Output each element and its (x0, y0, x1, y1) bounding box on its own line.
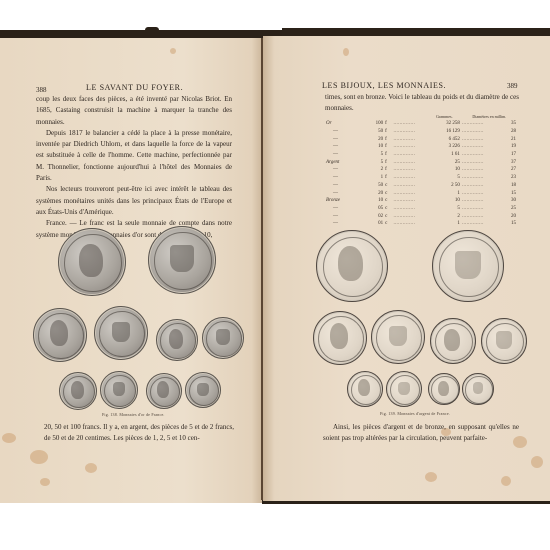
coin-obverse (59, 372, 97, 410)
unit-cell: c (384, 197, 392, 205)
leader-dots: .............. (392, 220, 436, 228)
leader-dots: .............. (392, 158, 436, 166)
left-page: 388 LE SAVANT DU FOYER. coup les deux fa… (0, 38, 262, 503)
table-row: —1f..............5..............23 (325, 174, 517, 182)
metal-cell: — (325, 128, 365, 136)
value-cell: 1 (365, 174, 384, 182)
leader-dots: .............. (392, 174, 436, 182)
metal-cell: — (325, 143, 365, 151)
diameter-cell: 20 (502, 212, 517, 220)
diameter-cell: 15 (502, 220, 517, 228)
coin-obverse-napoleon (316, 230, 388, 302)
unit-cell: f (384, 128, 392, 136)
page-number: 389 (507, 82, 518, 90)
grams-cell: 2 (436, 212, 461, 220)
leader-dots: .............. (392, 182, 436, 190)
diameter-cell: 35 (502, 120, 517, 128)
foxing-stain (40, 478, 50, 486)
coin-reverse (462, 373, 494, 405)
table-row: —50c..............2 50..............18 (325, 182, 517, 190)
value-cell: 2 (365, 166, 384, 174)
running-head: LE SAVANT DU FOYER. (86, 83, 183, 92)
paragraph: Nos lecteurs trouveront peut-être ici av… (36, 184, 232, 218)
table-row: —10f..............3 226..............19 (325, 143, 517, 151)
unit-cell: c (384, 205, 392, 213)
leader-dots: .............. (461, 151, 503, 159)
grams-cell: 6 452 (436, 135, 461, 143)
value-cell: 10 (365, 143, 384, 151)
table-row: —05c..............5..............25 (325, 205, 517, 213)
coin-obverse (428, 373, 460, 405)
metal-cell: — (325, 151, 365, 159)
figure-caption: Fig. 139. Monnaies d'argent de France. (380, 411, 450, 416)
coin-reverse (94, 306, 148, 360)
paragraph: Depuis 1817 le balancier a cédé la place… (36, 128, 232, 184)
coin-reverse (371, 310, 425, 364)
grams-cell: 3 226 (436, 143, 461, 151)
grams-cell: 5 (436, 174, 461, 182)
value-cell: 5 (365, 151, 384, 159)
coin-reverse (148, 226, 216, 294)
page-number: 388 (36, 86, 47, 94)
leader-dots: .............. (461, 189, 503, 197)
leader-dots: .............. (392, 205, 436, 213)
unit-cell: f (384, 135, 392, 143)
coin-obverse (156, 319, 198, 361)
metal-cell: — (325, 135, 365, 143)
grams-cell: 25 (436, 158, 461, 166)
unit-cell: f (384, 174, 392, 182)
value-cell: 01 (365, 220, 384, 228)
continuation-text: Ainsi, les pièces d'argent et de bronze,… (323, 422, 519, 445)
unit-cell: c (384, 220, 392, 228)
coin-reverse (185, 372, 221, 408)
leader-dots: .............. (461, 212, 503, 220)
diameter-cell: 18 (502, 182, 517, 190)
foxing-stain (531, 456, 543, 468)
table-row: —20c..............1..............15 (325, 189, 517, 197)
coin-obverse (146, 373, 182, 409)
value-cell: 10 (365, 197, 384, 205)
value-cell: 50 (365, 128, 384, 136)
leader-dots: .............. (461, 158, 503, 166)
paragraph: coup les deux faces des pièces, a été in… (36, 94, 232, 128)
diameter-cell: 30 (502, 197, 517, 205)
coin-obverse (313, 311, 367, 365)
table-row: Argent5f..............25..............37 (325, 158, 517, 166)
diameter-cell: 15 (502, 189, 517, 197)
table-row: —5f..............1 61..............17 (325, 151, 517, 159)
table-row: —02c..............2..............20 (325, 212, 517, 220)
coin-reverse (202, 317, 244, 359)
leader-dots: .............. (392, 212, 436, 220)
metal-cell: Bronze (325, 197, 365, 205)
unit-cell: f (384, 151, 392, 159)
grams-cell: 1 61 (436, 151, 461, 159)
grams-cell: 1 (436, 189, 461, 197)
grams-cell: 10 (436, 166, 461, 174)
value-cell: 05 (365, 205, 384, 213)
diameter-cell: 21 (502, 135, 517, 143)
value-cell: 02 (365, 212, 384, 220)
diameter-cell: 19 (502, 143, 517, 151)
leader-dots: .............. (461, 128, 503, 136)
continuation-text: 20, 50 et 100 francs. Il y a, en argent,… (44, 422, 234, 445)
right-page: LES BIJOUX, LES MONNAIES. 389 times, son… (263, 36, 550, 501)
unit-cell: c (384, 189, 392, 197)
diameter-cell: 37 (502, 158, 517, 166)
leader-dots: .............. (461, 205, 503, 213)
foxing-stain (85, 463, 97, 473)
diameter-cell: 25 (502, 205, 517, 213)
paragraph: times, sont en bronze. Voici le tableau … (325, 92, 519, 115)
value-cell: 20 (365, 189, 384, 197)
table-row: —01c..............1..............15 (325, 220, 517, 228)
metal-cell: — (325, 205, 365, 213)
unit-cell: c (384, 182, 392, 190)
table-row: —2f..............10..............27 (325, 166, 517, 174)
diameter-cell: 27 (502, 166, 517, 174)
leader-dots: .............. (392, 189, 436, 197)
leader-dots: .............. (461, 143, 503, 151)
metal-cell: — (325, 166, 365, 174)
grams-cell: 5 (436, 205, 461, 213)
foxing-stain (343, 48, 349, 56)
value-cell: 5 (365, 158, 384, 166)
foxing-stain (30, 450, 48, 464)
foxing-stain (425, 472, 437, 482)
leader-dots: .............. (461, 220, 503, 228)
unit-cell: f (384, 158, 392, 166)
coin-reverse (386, 371, 422, 407)
leader-dots: .............. (461, 182, 503, 190)
table-row: Or100f..............32 258..............… (325, 120, 517, 128)
running-head: LES BIJOUX, LES MONNAIES. (322, 81, 446, 90)
foxing-stain (501, 476, 511, 486)
unit-cell: f (384, 120, 392, 128)
diameter-cell: 28 (502, 128, 517, 136)
paragraph: 20, 50 et 100 francs. Il y a, en argent,… (44, 422, 234, 445)
coin-obverse (33, 308, 87, 362)
unit-cell: f (384, 143, 392, 151)
leader-dots: .............. (461, 166, 503, 174)
table-row: Bronze10c..............10..............3… (325, 197, 517, 205)
leader-dots: .............. (392, 166, 436, 174)
metal-cell: — (325, 220, 365, 228)
grams-cell: 1 (436, 220, 461, 228)
leader-dots: .............. (392, 197, 436, 205)
grams-cell: 2 50 (436, 182, 461, 190)
metal-cell: — (325, 182, 365, 190)
value-cell: 100 (365, 120, 384, 128)
value-cell: 50 (365, 182, 384, 190)
grams-cell: 16 129 (436, 128, 461, 136)
grams-cell: 10 (436, 197, 461, 205)
value-cell: 20 (365, 135, 384, 143)
leader-dots: .............. (392, 128, 436, 136)
paragraph: Ainsi, les pièces d'argent et de bronze,… (323, 422, 519, 445)
intro-text: times, sont en bronze. Voici le tableau … (325, 92, 519, 115)
metal-cell: Or (325, 120, 365, 128)
leader-dots: .............. (461, 135, 503, 143)
metal-cell: — (325, 174, 365, 182)
metal-cell: — (325, 189, 365, 197)
diameter-cell: 23 (502, 174, 517, 182)
coin-obverse (58, 228, 126, 296)
metal-cell: Argent (325, 158, 365, 166)
leader-dots: .............. (461, 197, 503, 205)
leader-dots: .............. (392, 120, 436, 128)
metal-cell: — (325, 212, 365, 220)
coin-obverse (347, 371, 383, 407)
leader-dots: .............. (461, 174, 503, 182)
coin-reverse (481, 318, 527, 364)
table-row: —50f..............16 129..............28 (325, 128, 517, 136)
leader-dots: .............. (392, 151, 436, 159)
unit-cell: f (384, 166, 392, 174)
coin-obverse (430, 318, 476, 364)
coin-weights-table-body: Or100f..............32 258..............… (325, 120, 517, 228)
foxing-stain (170, 48, 176, 54)
book-cover-top-edge (145, 27, 159, 33)
foxing-stain (2, 433, 16, 443)
leader-dots: .............. (461, 120, 503, 128)
grams-cell: 32 258 (436, 120, 461, 128)
figure-caption: Fig. 138. Monnaies d'or de France. (102, 412, 165, 417)
diameter-cell: 17 (502, 151, 517, 159)
leader-dots: .............. (392, 143, 436, 151)
body-text: coup les deux faces des pièces, a été in… (36, 94, 232, 241)
coin-reverse (100, 371, 138, 409)
coin-reverse-empire (432, 230, 504, 302)
table-row: —20f..............6 452..............21 (325, 135, 517, 143)
leader-dots: .............. (392, 135, 436, 143)
unit-cell: c (384, 212, 392, 220)
